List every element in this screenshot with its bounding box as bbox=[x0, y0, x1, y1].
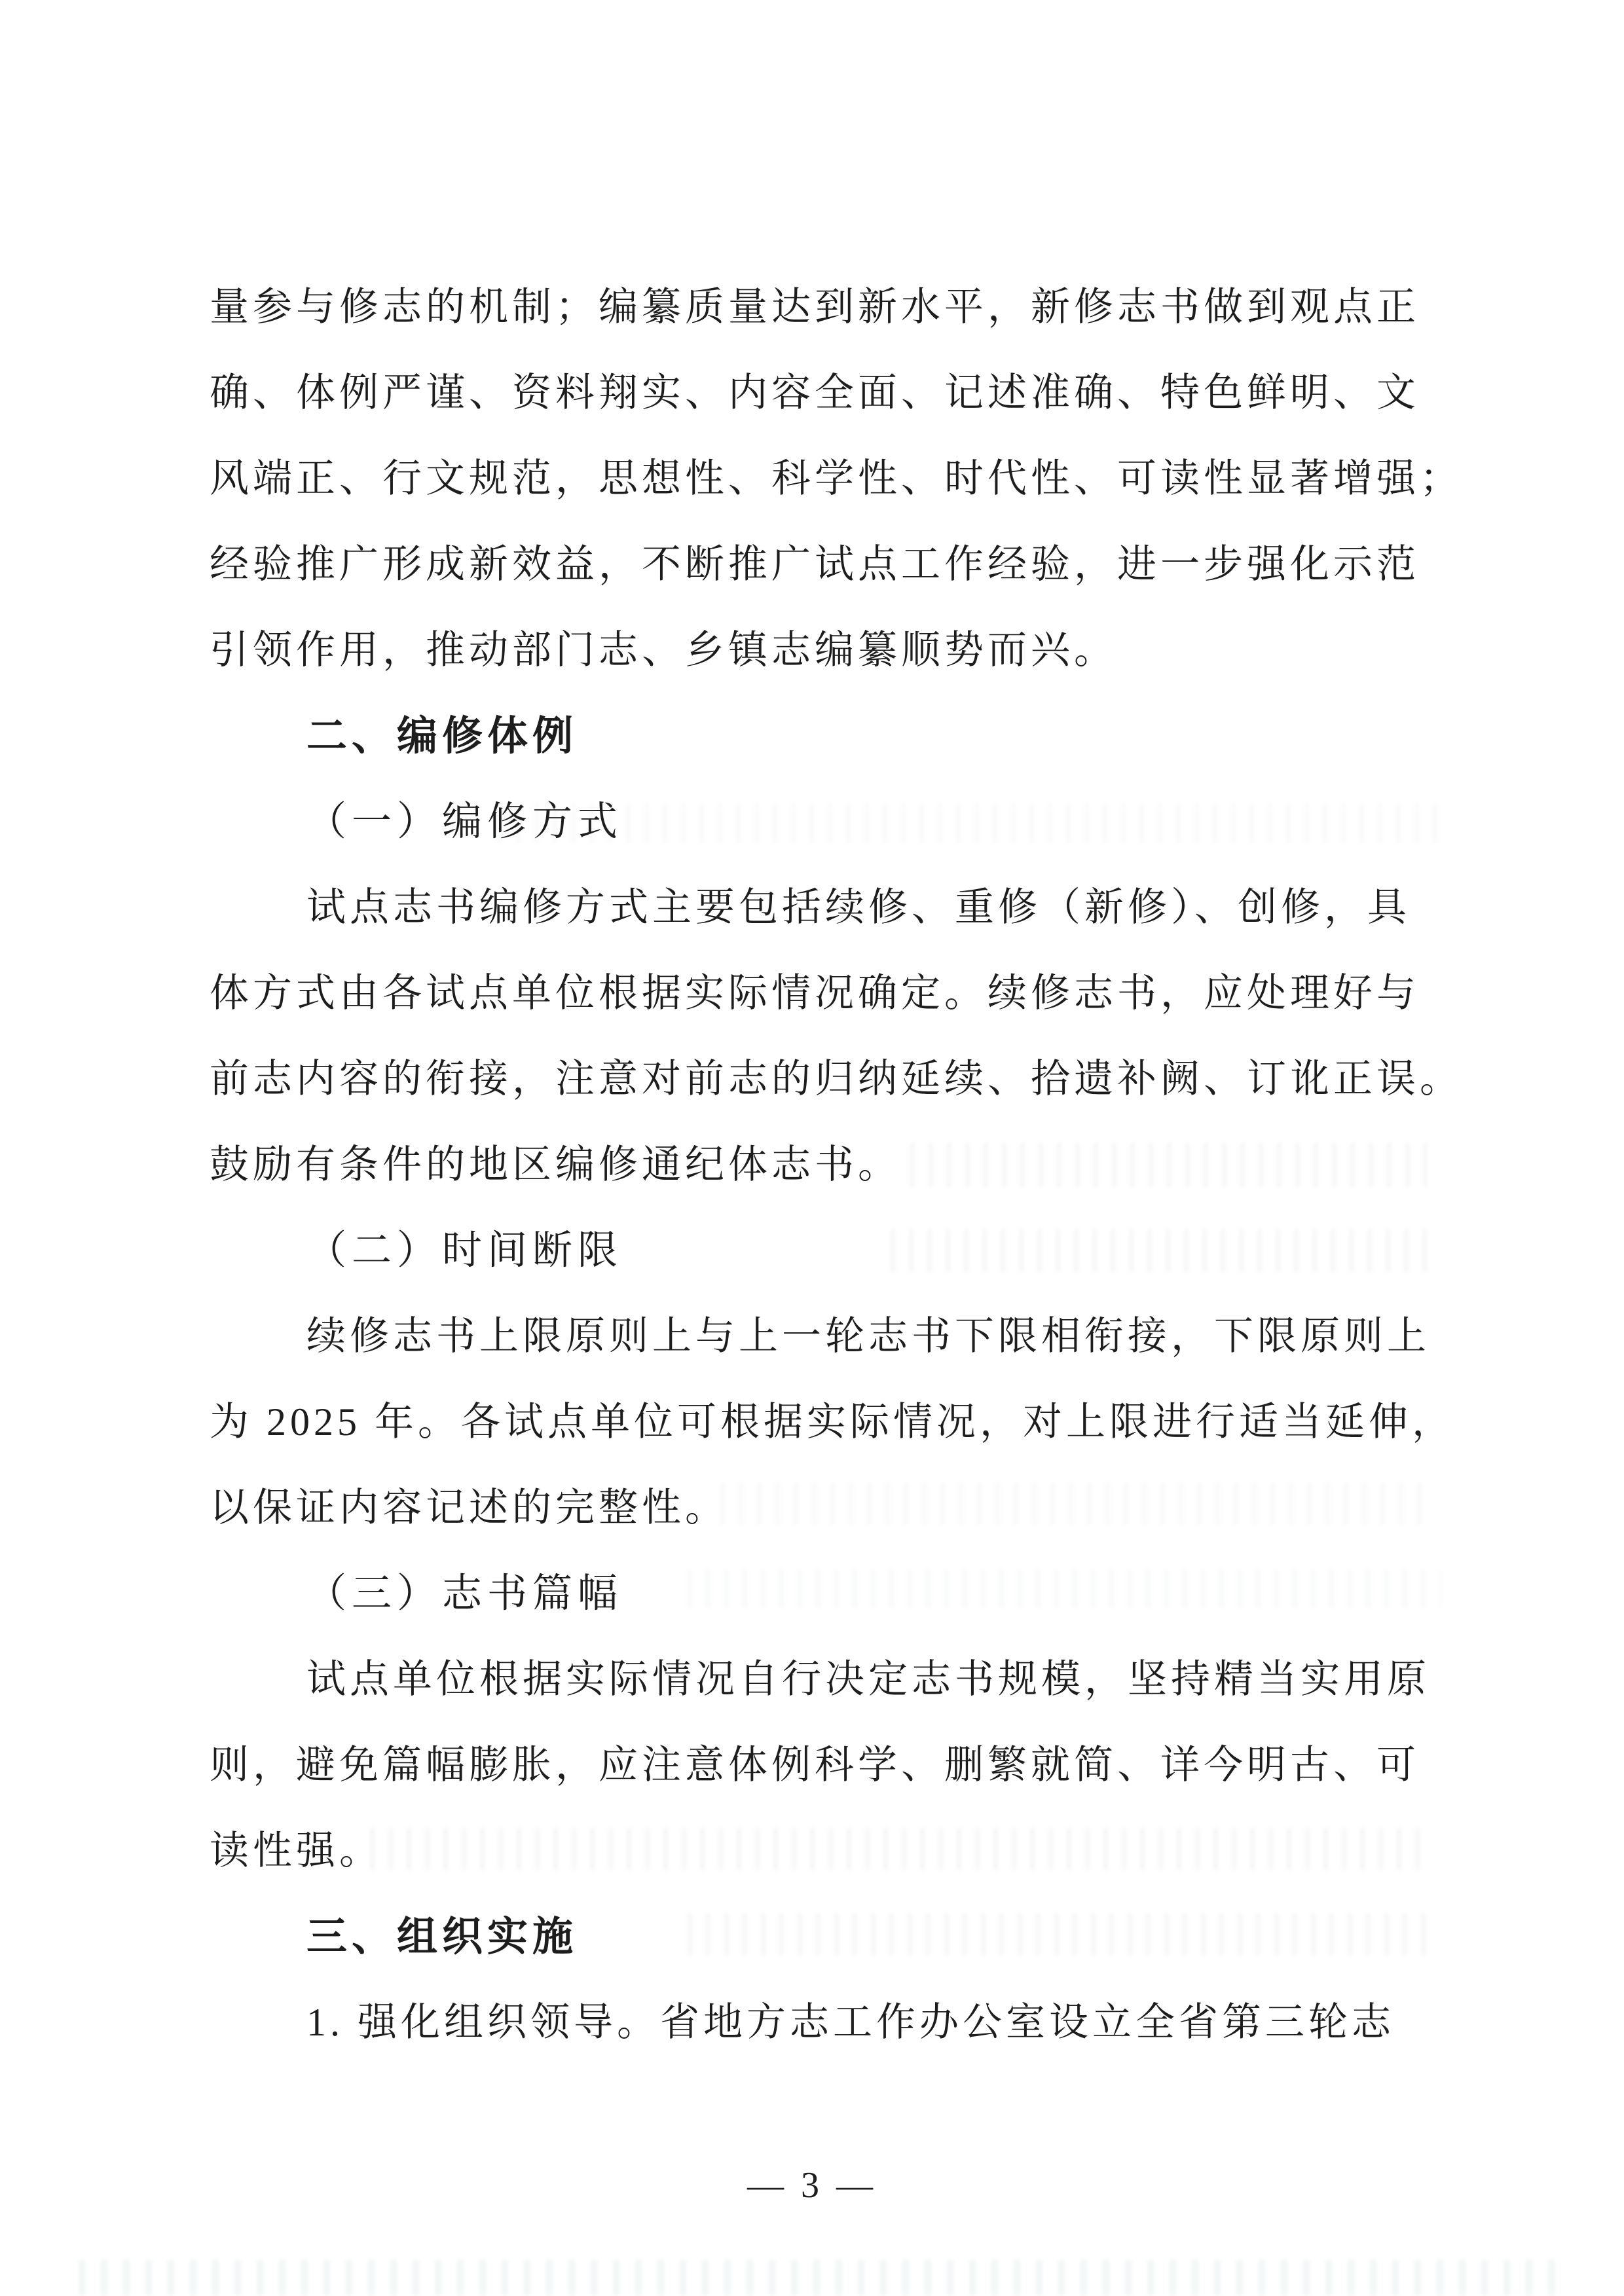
document-page: 量参与修志的机制；编纂质量达到新水平，新修志书做到观点正 确、体例严谨、资料翔实… bbox=[0, 0, 1624, 2296]
subsection-heading: （三）志书篇幅 bbox=[210, 1551, 1624, 1637]
paragraph-line: 量参与修志的机制；编纂质量达到新水平，新修志书做到观点正 bbox=[210, 264, 1624, 350]
paragraph-line: 试点单位根据实际情况自行决定志书规模，坚持精当实用原 bbox=[210, 1637, 1624, 1722]
subsection-heading: （二）时间断限 bbox=[210, 1208, 1624, 1294]
paragraph-line: 前志内容的衔接，注意对前志的归纳延续、拾遗补阙、订讹正误。 bbox=[210, 1036, 1624, 1122]
section-heading: 三、组织实施 bbox=[210, 1894, 1624, 1980]
paragraph-line: 体方式由各试点单位根据实际情况确定。续修志书，应处理好与 bbox=[210, 951, 1624, 1036]
paragraph-line: 经验推广形成新效益，不断推广试点工作经验，进一步强化示范 bbox=[210, 522, 1624, 608]
paragraph-line: 为 2025 年。各试点单位可根据实际情况，对上限进行适当延伸， bbox=[210, 1379, 1624, 1465]
paragraph-line: 则，避免篇幅膨胀，应注意体例科学、删繁就简、详今明古、可 bbox=[210, 1722, 1624, 1808]
paragraph-line: 确、体例严谨、资料翔实、内容全面、记述准确、特色鲜明、文 bbox=[210, 350, 1624, 436]
subsection-heading: （一）编修方式 bbox=[210, 779, 1624, 865]
document-body: 量参与修志的机制；编纂质量达到新水平，新修志书做到观点正 确、体例严谨、资料翔实… bbox=[210, 264, 1624, 2066]
paragraph-line: 续修志书上限原则上与上一轮志书下限相衔接，下限原则上 bbox=[210, 1294, 1624, 1379]
paragraph-line: 鼓励有条件的地区编修通纪体志书。 bbox=[210, 1122, 1624, 1208]
page-number: — 3 — bbox=[0, 2162, 1624, 2209]
scan-artifact bbox=[79, 2260, 1559, 2295]
section-heading: 二、编修体例 bbox=[210, 693, 1624, 779]
paragraph-line: 引领作用，推动部门志、乡镇志编纂顺势而兴。 bbox=[210, 608, 1624, 693]
paragraph-line: 以保证内容记述的完整性。 bbox=[210, 1465, 1624, 1551]
paragraph-line: 试点志书编修方式主要包括续修、重修（新修）、创修，具 bbox=[210, 865, 1624, 951]
paragraph-line: 1. 强化组织领导。省地方志工作办公室设立全省第三轮志 bbox=[210, 1980, 1624, 2066]
paragraph-line: 风端正、行文规范，思想性、科学性、时代性、可读性显著增强； bbox=[210, 436, 1624, 522]
paragraph-line: 读性强。 bbox=[210, 1808, 1624, 1894]
